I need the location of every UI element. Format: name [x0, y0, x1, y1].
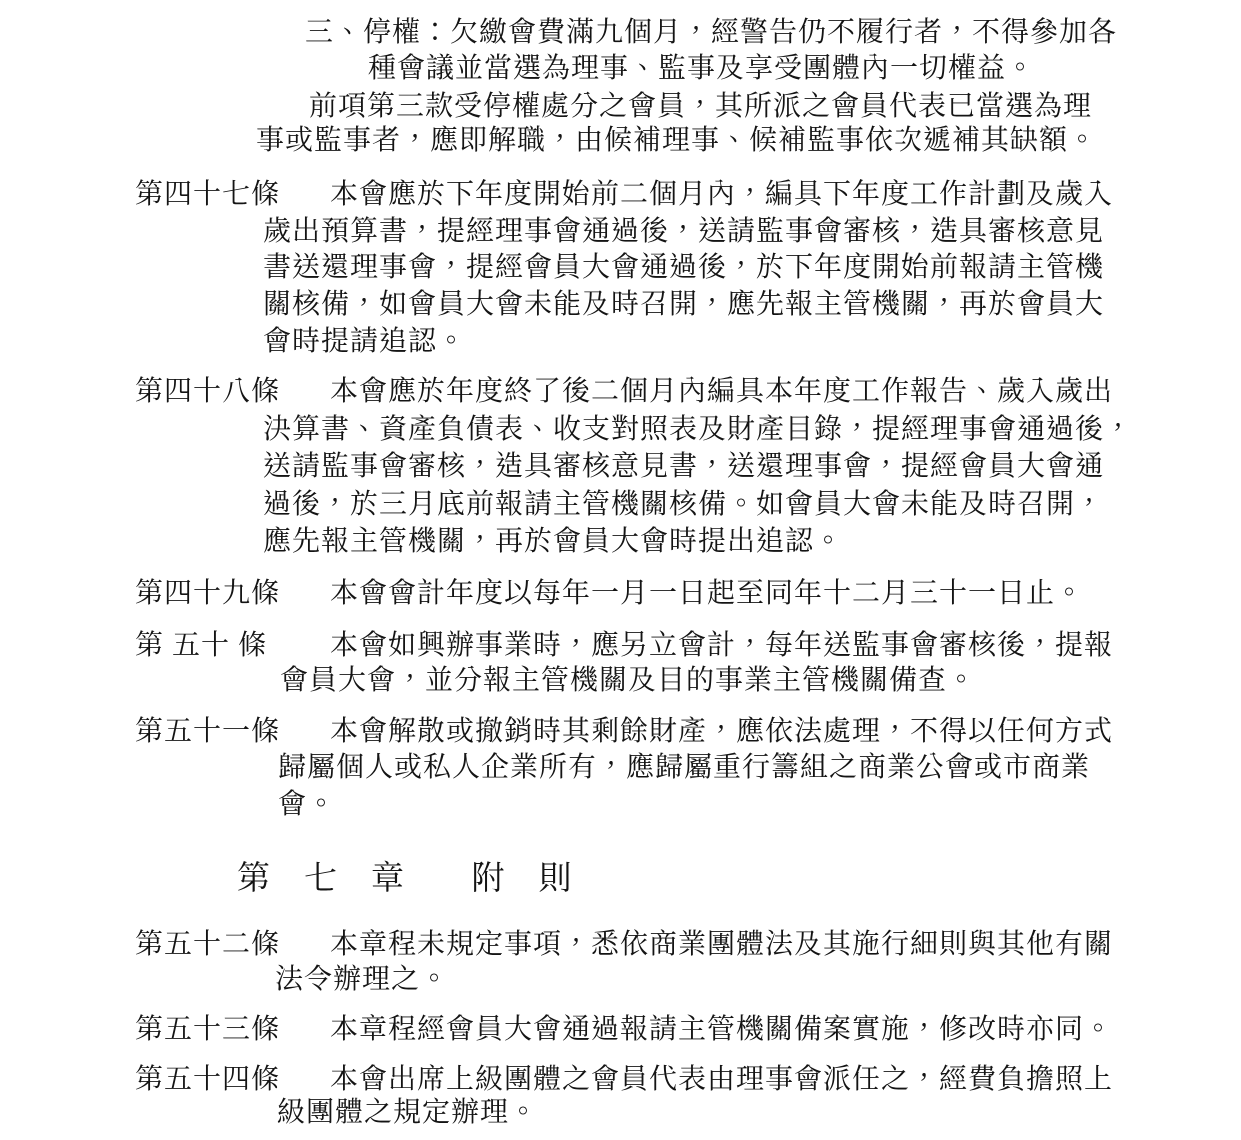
- article-49-text-line-1: 本會會計年度以每年一月一日起至同年十二月三十一日止。: [330, 575, 1084, 613]
- preamble-line-3: 前項第三款受停權處分之會員，其所派之會員代表已當選為理: [309, 88, 1092, 126]
- article-51-text-line-2: 歸屬個人或私人企業所有，應歸屬重行籌組之商業公會或市商業: [278, 749, 1090, 787]
- article-53-number: 第五十三條: [135, 1011, 280, 1049]
- article-54-number: 第五十四條: [135, 1061, 280, 1099]
- preamble-line-2: 種會議並當選為理事、監事及享受團體內一切權益。: [368, 50, 1035, 88]
- article-53-text-line-1: 本章程經會員大會通過報請主管機關備案實施，修改時亦同。: [330, 1011, 1113, 1049]
- article-51-number: 第五十一條: [135, 713, 280, 751]
- article-48-text-line-5: 應先報主管機關，再於會員大會時提出追認。: [263, 523, 843, 561]
- article-48-number: 第四十八條: [135, 373, 280, 411]
- article-50-text-line-1: 本會如興辦事業時，應另立會計，每年送監事會審核後，提報: [330, 627, 1113, 665]
- article-48-text-line-4: 過後，於三月底前報請主管機關核備。如會員大會未能及時召開，: [263, 486, 1104, 524]
- article-47-text-line-1: 本會應於下年度開始前二個月內，編具下年度工作計劃及歲入: [330, 176, 1113, 214]
- article-47-text-line-2: 歲出預算書，提經理事會通過後，送請監事會審核，造具審核意見: [263, 213, 1104, 251]
- article-52-text-line-1: 本章程未規定事項，悉依商業團體法及其施行細則與其他有關: [330, 926, 1113, 964]
- article-48-text-line-1: 本會應於年度終了後二個月內編具本年度工作報告、歲入歲出: [330, 373, 1113, 411]
- article-50-text-line-2: 會員大會，並分報主管機關及目的事業主管機關備查。: [280, 662, 976, 700]
- chapter-7-heading: 第 七 章 附 則: [237, 858, 572, 900]
- article-47-text-line-5: 會時提請追認。: [263, 323, 466, 361]
- article-52-number: 第五十二條: [135, 926, 280, 964]
- preamble-line-1: 三、停權：欠繳會費滿九個月，經警告仍不履行者，不得參加各: [305, 14, 1117, 52]
- article-48-text-line-2: 決算書、資產負債表、收支對照表及財產目錄，提經理事會通過後，: [263, 411, 1133, 449]
- article-48-text-line-3: 送請監事會審核，造具審核意見書，送還理事會，提經會員大會通: [263, 448, 1104, 486]
- article-47-text-line-3: 書送還理事會，提經會員大會通過後，於下年度開始前報請主管機: [263, 249, 1104, 287]
- article-47-text-line-4: 關核備，如會員大會未能及時召開，應先報主管機關，再於會員大: [263, 286, 1104, 324]
- preamble-line-4: 事或監事者，應即解職，由候補理事、候補監事依次遞補其缺額。: [256, 122, 1097, 160]
- article-54-text-line-2: 級團體之規定辦理。: [277, 1094, 538, 1132]
- article-49-number: 第四十九條: [135, 575, 280, 613]
- article-47-number: 第四十七條: [135, 176, 280, 214]
- article-51-text-line-1: 本會解散或撤銷時其剩餘財產，應依法處理，不得以任何方式: [330, 713, 1113, 751]
- article-51-text-line-3: 會。: [278, 786, 336, 824]
- article-52-text-line-2: 法令辦理之。: [275, 961, 449, 999]
- document-page: 三、停權：欠繳會費滿九個月，經警告仍不履行者，不得參加各 種會議並當選為理事、監…: [0, 0, 1241, 1140]
- article-50-number: 第 五十 條: [135, 627, 267, 665]
